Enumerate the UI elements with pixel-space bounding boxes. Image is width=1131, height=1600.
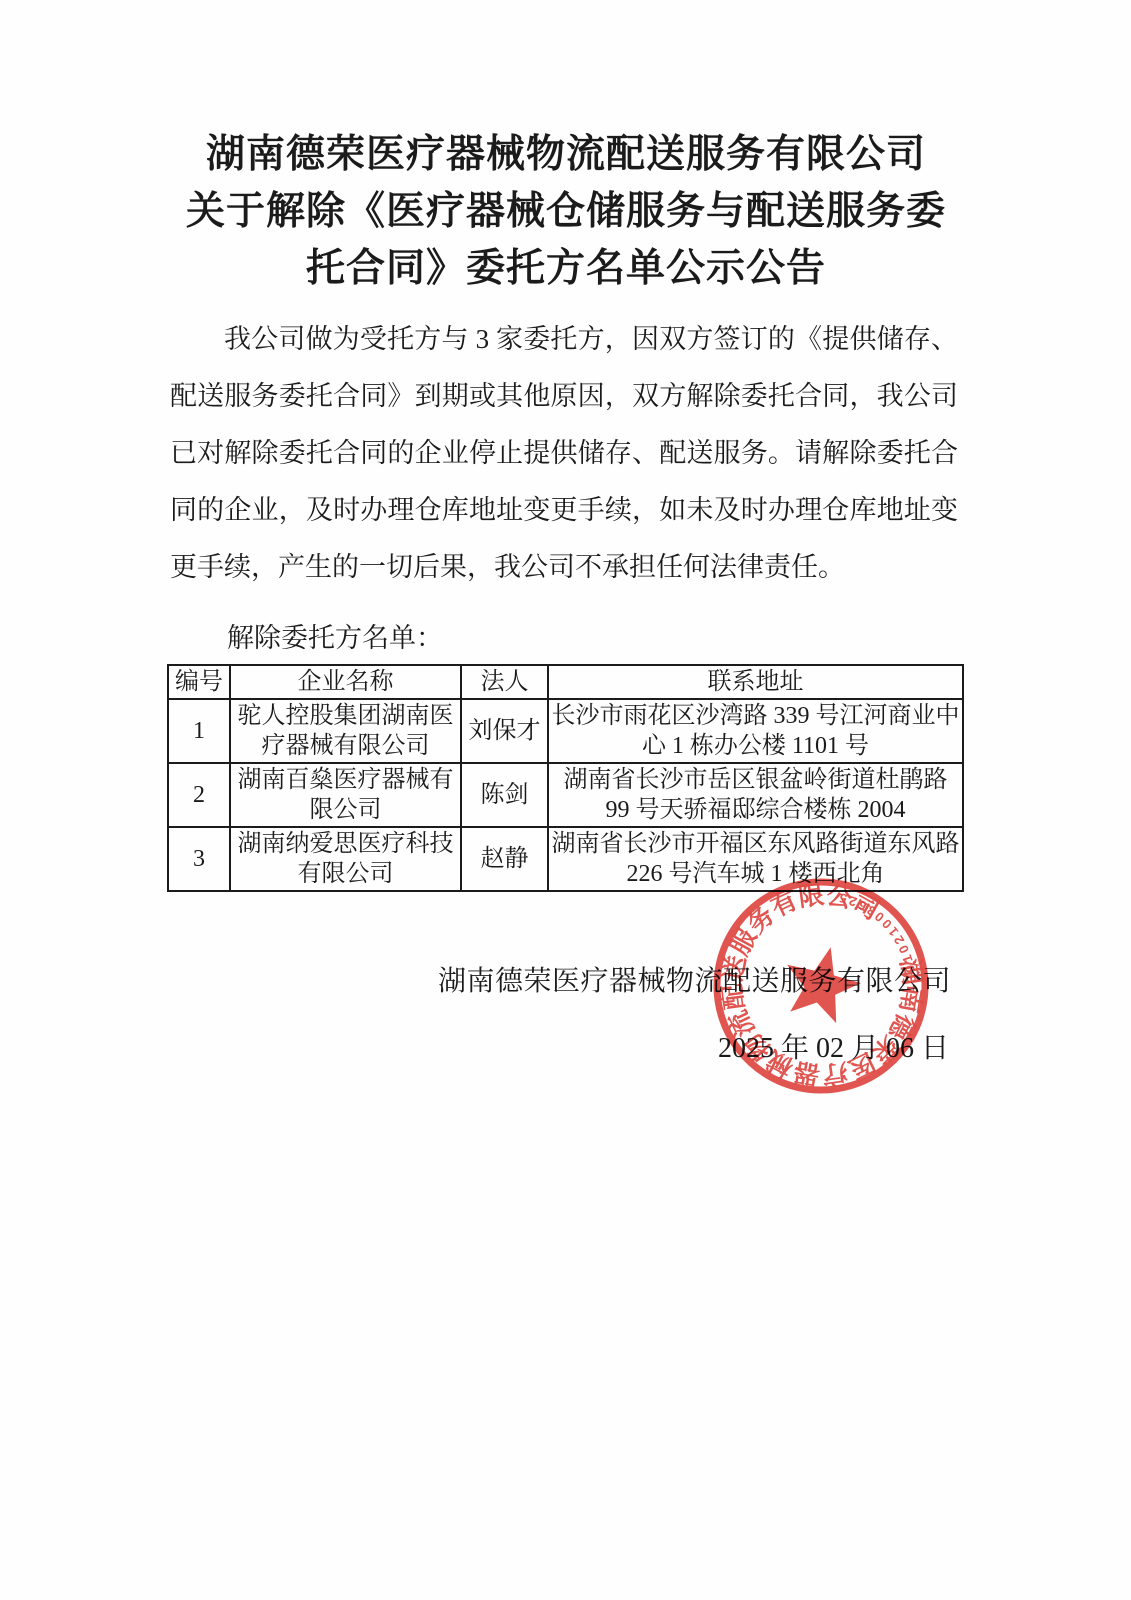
cell-address: 长沙市雨花区沙湾路 339 号江河商业中心 1 栋办公楼 1101 号 bbox=[548, 699, 963, 763]
table-row: 1 驼人控股集团湖南医疗器械有限公司 刘保才 长沙市雨花区沙湾路 339 号江河… bbox=[168, 699, 963, 763]
header-company: 企业名称 bbox=[230, 665, 461, 699]
seal-star-icon bbox=[776, 938, 867, 1027]
title-line-1: 湖南德荣医疗器械物流配送服务有限公司 bbox=[86, 126, 1046, 183]
table-row: 2 湖南百燊医疗器械有限公司 陈剑 湖南省长沙市岳区银盆岭街道杜鹃路 99 号天… bbox=[168, 763, 963, 827]
seal-graphic: 湖南德荣医疗器械物流配送服务有限公司 4301021003625 bbox=[705, 870, 937, 1102]
cell-company: 湖南纳爱思医疗科技有限公司 bbox=[230, 827, 461, 891]
header-no: 编号 bbox=[168, 665, 230, 699]
cell-legal-person: 赵静 bbox=[461, 827, 548, 891]
terminated-clients-table: 编号 企业名称 法人 联系地址 1 驼人控股集团湖南医疗器械有限公司 刘保才 长… bbox=[167, 664, 964, 892]
cell-no: 2 bbox=[168, 763, 230, 827]
company-seal-stamp: 湖南德荣医疗器械物流配送服务有限公司 4301021003625 bbox=[705, 870, 937, 1102]
cell-no: 3 bbox=[168, 827, 230, 891]
list-heading: 解除委托方名单： bbox=[227, 616, 443, 655]
cell-no: 1 bbox=[168, 699, 230, 763]
title-line-3: 托合同》委托方名单公示公告 bbox=[86, 240, 1046, 297]
table-header-row: 编号 企业名称 法人 联系地址 bbox=[168, 665, 963, 699]
title-line-2: 关于解除《医疗器械仓储服务与配送服务委 bbox=[86, 183, 1046, 240]
header-legal-person: 法人 bbox=[461, 665, 548, 699]
body-paragraph: 我公司做为受托方与 3 家委托方，因双方签订的《提供储存、配送服务委托合同》到期… bbox=[170, 311, 958, 596]
cell-address: 湖南省长沙市岳区银盆岭街道杜鹃路 99 号天骄福邸综合楼栋 2004 bbox=[548, 763, 963, 827]
cell-company: 湖南百燊医疗器械有限公司 bbox=[230, 763, 461, 827]
document-title: 湖南德荣医疗器械物流配送服务有限公司 关于解除《医疗器械仓储服务与配送服务委 托… bbox=[86, 126, 1046, 297]
document-page: 湖南德荣医疗器械物流配送服务有限公司 关于解除《医疗器械仓储服务与配送服务委 托… bbox=[0, 0, 1131, 1600]
cell-legal-person: 陈剑 bbox=[461, 763, 548, 827]
header-address: 联系地址 bbox=[548, 665, 963, 699]
cell-legal-person: 刘保才 bbox=[461, 699, 548, 763]
cell-company: 驼人控股集团湖南医疗器械有限公司 bbox=[230, 699, 461, 763]
